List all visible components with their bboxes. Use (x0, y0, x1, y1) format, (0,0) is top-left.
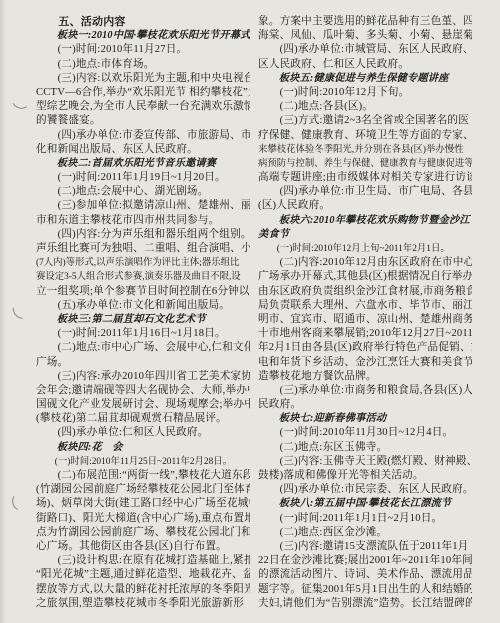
text-line: (一)时间:2011年1月1日~2月10日。 (258, 512, 472, 526)
text-line: 造攀枝花地方餐饮品牌。 (258, 370, 472, 384)
text-line: 点为竹湖园公园前庭广场、攀枝花公园北门和中 (36, 526, 250, 540)
text-line: (二)地点:东区玉佛寺。 (258, 441, 472, 455)
text-line: 国砚文化产业发展研讨会、现场观摩会;举办中国 (36, 398, 250, 412)
text-line: 22日在金沙滩比赛;展出2001年~2011年10年间 (258, 554, 472, 568)
text-line: (一)时间:2011年1月19日~1月20日。 (36, 171, 250, 185)
right-column: 象。方案中主要选用的鲜花品种有三色堇、四季海棠、凤仙、瓜叶菊、多头菊、小菊、悬崖… (258, 15, 472, 611)
text-line: 板块二:首届欢乐阳光节音乐邀请赛 (36, 157, 250, 171)
text-line: 会年会;邀请端砚等四大名砚协会、大师,举办中 (36, 384, 250, 398)
text-line: 美食节 (258, 228, 472, 242)
text-line: (三)内容:邀请15支漂流队伍于2011年1月 (258, 540, 472, 554)
text-line: 立一组奖项;单个参赛节目时间控制在6分钟以内。 (36, 285, 250, 299)
text-line: “阳光花城”主题,通过鲜花造型、地栽花卉、盆花 (36, 568, 250, 582)
text-line: (四)承办单位:市委宣传部、市旅游局、市文 (36, 129, 250, 143)
text-line: 由东区政府负责组织金沙江食材展,市商务粮食 (258, 285, 472, 299)
text-line: 街路口)、阳光大梯道(含中心广场),重点布置地 (36, 512, 250, 526)
text-line: 海棠、凤仙、瓜叶菊、多头菊、小菊、悬崖菊等。 (258, 29, 472, 43)
text-line: 区人民政府、仁和区人民政府。 (258, 58, 472, 72)
text-line: (攀枝花)第二届苴却砚观赏石精品展评。 (36, 412, 250, 426)
text-line: 板块四:花 会 (36, 441, 250, 455)
text-line: (四)内容:分为声乐组和器乐组两个组别。 (36, 228, 250, 242)
document-page: 五、活动内容 板块一:2010中国·攀枝花欢乐阳光节开幕式 (一)时间:2010… (0, 0, 500, 623)
text-line: 板块八:第五届中国·攀枝花长江漂流节 (258, 497, 472, 511)
text-line: 十市地州客商来攀展销;2010年12月27日~2011 (258, 327, 472, 341)
text-line: (二)地点:会展中心、湖光剧场。 (36, 185, 250, 199)
text-line: 型综艺晚会,为全市人民奉献一台充满欢乐激情 (36, 100, 250, 114)
text-line: (二)地点:市体育场。 (36, 58, 250, 72)
text-line: (四)承办单位:市民宗委、东区人民政府。 (258, 483, 472, 497)
text-line: (三)方式:邀请2~3名全省或全国著名的医 (258, 114, 472, 128)
text-line: 高端专题讲座;由市级媒体对相关专家进行访谈。 (258, 171, 472, 185)
text-line: 心广场。其他街区由各县(区)自行布置。 (36, 540, 250, 554)
text-line: (三)承办单位:市商务和粮食局,各县(区)人 (258, 384, 472, 398)
text-line: 年2月1日由各县(区)政府举行特色产品促销、家 (258, 341, 472, 355)
left-column: 五、活动内容 板块一:2010中国·攀枝花欢乐阳光节开幕式 (一)时间:2010… (36, 15, 250, 611)
text-line: 五、活动内容 (36, 15, 250, 29)
text-line: 广场。 (36, 356, 250, 370)
text-line: 的漂流活动图片、诗词、美术作品、漂流用品、名人 (258, 568, 472, 582)
text-line: (一)时间:2010年11月25日~2011年2月28日。 (36, 455, 250, 469)
text-line: 题字等。征集2001年5月1日出生的人和结婚的 (258, 583, 472, 597)
text-line: CCTV—6合作,举办“欢乐阳光节 相约攀枝花”大 (36, 86, 250, 100)
text-line: 板块七:迎新春佛事活动 (258, 412, 472, 426)
text-columns: 五、活动内容 板块一:2010中国·攀枝花欢乐阳光节开幕式 (一)时间:2010… (36, 15, 472, 611)
text-line: (一)时间:2010年12月下旬。 (258, 86, 472, 100)
text-line: 声乐组比赛可为独唱、二重唱、组合演唱、小合唱 (36, 242, 250, 256)
text-line: 电和年货下乡活动、金沙江烹饪大赛和美食节,打 (258, 356, 472, 370)
text-line: 来攀枝花体验冬季阳光,并分别在各县(区)举办慢性 (258, 143, 472, 157)
text-line: (五)承办单位:市文化和新闻出版局。 (36, 299, 250, 313)
text-line: (三)内容:以欢乐阳光为主题,和中央电视台 (36, 72, 250, 86)
text-line: 化和新闻出版局、东区人民政府。 (36, 143, 250, 157)
scan-artifact (12, 98, 27, 112)
text-line: 板块五:健康促进与养生保健专题讲座 (258, 72, 472, 86)
text-line: 明市、宜宾市、昭通市、凉山州、楚雄州商务局组织 (258, 313, 472, 327)
text-line: 板块六:2010年攀枝花欢乐购物节暨金沙江 (258, 214, 472, 228)
text-line: 夫妇,请他们为“告别漂流”造势。长江结盟碑的 (258, 597, 472, 611)
scan-artifact (11, 307, 25, 319)
text-line: 板块一:2010中国·攀枝花欢乐阳光节开幕式 (36, 29, 250, 43)
text-line: 病预防与控制、养生与保健、健康教育与健康促进等 (258, 157, 472, 171)
text-line: 市和东道主攀枝花市四市州共同参与。 (36, 214, 250, 228)
text-line: (二)内容:2010年12月由东区政府在市中心 (258, 256, 472, 270)
text-line: (一)时间:2010年12月上旬~2011年2月1日。 (258, 242, 472, 256)
text-line: 疗保健、健康教育、环境卫生等方面的专家、学者 (258, 129, 472, 143)
text-line: 板块三:第二届苴却石文化艺术节 (36, 313, 250, 327)
text-line: (竹湖园公园前庭广场经攀枝花公园北门至体育 (36, 483, 250, 497)
text-line: (四)承办单位:仁和区人民政府。 (36, 426, 250, 440)
text-line: (四)承办单位:市卫生局、市广电局、各县 (258, 185, 472, 199)
text-line: 局负责联系大理州、六盘水市、毕节市、丽江市、昆 (258, 299, 472, 313)
text-line: (一)时间:2010年11月30日~12月4日。 (258, 426, 472, 440)
text-line: 赛设定3-5人组合形式参赛,演奏乐器及曲目不限,设 (36, 270, 250, 284)
text-line: 的饕餮盛宴。 (36, 114, 250, 128)
text-line: 鼓楼)落成和佛像开光等相关活动。 (258, 469, 472, 483)
text-line: (三)内容:承办2010年四川省工艺美术家协 (36, 370, 250, 384)
scan-edge-shading (0, 0, 6, 623)
text-line: (三)参加单位:拟邀请凉山州、楚雄州、丽江 (36, 199, 250, 213)
text-line: (二)布展范围:“两街一线”,攀枝花大道东段 (36, 469, 250, 483)
text-line: (区)人民政府。 (258, 199, 472, 213)
text-line: (二)地点:西区金沙滩。 (258, 526, 472, 540)
text-line: 摆放等方式,以大量的鲜花衬托浓厚的冬季阳光 (36, 583, 250, 597)
text-line: (二)地点:市中心广场、会展中心,仁和文化 (36, 341, 250, 355)
text-line: (一)时间:2011年1月16日~1月18日。 (36, 327, 250, 341)
text-line: (二)地点:各县(区)。 (258, 100, 472, 114)
text-line: 广场承办开幕式,其他县(区)根据情况自行举办; (258, 270, 472, 284)
text-line: 之旅氛围,塑造攀枝花城市冬季阳光旅游新形 (36, 597, 250, 611)
scan-artifact (8, 495, 24, 510)
text-line: (7人内)等形式,以声乐演唱作为评比主体;器乐组比 (36, 256, 250, 270)
text-line: 民政府。 (258, 398, 472, 412)
text-line: (三)内容:玉佛寺天王殿(燃灯殿、财神殿、钟 (258, 455, 472, 469)
text-line: (一)时间:2010年11月27日。 (36, 43, 250, 57)
text-line: (三)设计构思:在原有花城打造基础上,紧扣 (36, 554, 250, 568)
text-line: 场)、炳草岗大街(建工路口经中心广场至花城中 (36, 497, 250, 511)
text-line: (四)承办单位:市城管局、东区人民政府、西 (258, 43, 472, 57)
text-line: 象。方案中主要选用的鲜花品种有三色堇、四季 (258, 15, 472, 29)
